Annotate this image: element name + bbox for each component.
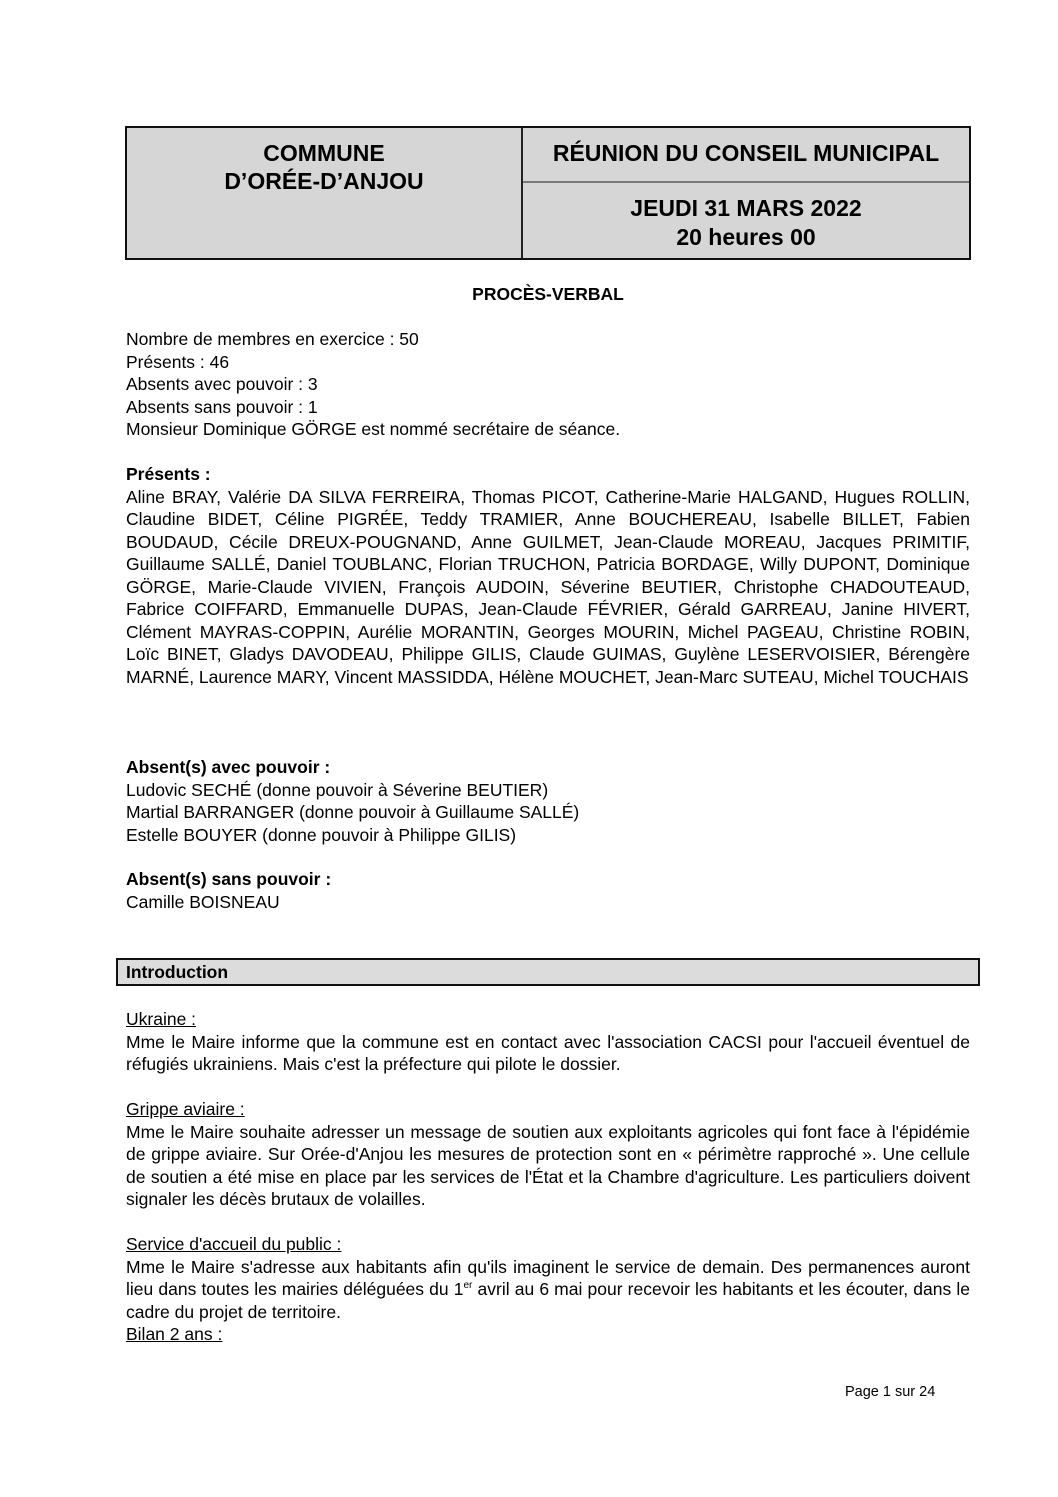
document-title: PROCÈS-VERBAL <box>0 284 1058 305</box>
meeting-date: JEUDI 31 MARS 2022 <box>523 194 969 223</box>
absent-item: Martial BARRANGER (donne pouvoir à Guill… <box>126 801 970 824</box>
section-heading-introduction: Introduction <box>116 958 980 986</box>
commune-cell: COMMUNE D’ORÉE-D’ANJOU <box>127 128 523 258</box>
stat-members: Nombre de membres en exercice : 50 <box>126 328 970 351</box>
absents-sans-block: Absent(s) sans pouvoir : Camille BOISNEA… <box>126 868 970 913</box>
secretary-statement: Monsieur Dominique GÖRGE est nommé secré… <box>126 418 970 441</box>
subsection-text: Mme le Maire informe que la commune est … <box>126 1031 970 1076</box>
subsection-heading: Ukraine : <box>126 1008 970 1031</box>
subsection-service-accueil: Service d'accueil du public : Mme le Mai… <box>126 1233 970 1323</box>
subsection-grippe-aviaire: Grippe aviaire : Mme le Maire souhaite a… <box>126 1098 970 1211</box>
stat-presents: Présents : 46 <box>126 351 970 374</box>
commune-line1: COMMUNE <box>127 139 521 167</box>
meeting-time: 20 heures 00 <box>523 223 969 252</box>
meeting-title: RÉUNION DU CONSEIL MUNICIPAL <box>523 128 969 183</box>
absents-avec-block: Absent(s) avec pouvoir : Ludovic SECHÉ (… <box>126 756 970 846</box>
absent-item: Ludovic SECHÉ (donne pouvoir à Séverine … <box>126 779 970 802</box>
presents-heading: Présents : <box>126 463 970 486</box>
header-table: COMMUNE D’ORÉE-D’ANJOU RÉUNION DU CONSEI… <box>125 126 971 260</box>
subsection-ukraine: Ukraine : Mme le Maire informe que la co… <box>126 1008 970 1076</box>
presents-list: Aline BRAY, Valérie DA SILVA FERREIRA, T… <box>126 486 970 689</box>
absents-sans-heading: Absent(s) sans pouvoir : <box>126 868 970 891</box>
stats-block: Nombre de membres en exercice : 50 Prése… <box>126 328 970 441</box>
subsection-text: Mme le Maire s'adresse aux habitants afi… <box>126 1256 970 1324</box>
absent-item: Camille BOISNEAU <box>126 891 970 914</box>
stat-absents-sans: Absents sans pouvoir : 1 <box>126 396 970 419</box>
subsection-heading: Bilan 2 ans : <box>126 1323 970 1346</box>
meeting-datetime: JEUDI 31 MARS 2022 20 heures 00 <box>523 183 969 258</box>
document-page: COMMUNE D’ORÉE-D’ANJOU RÉUNION DU CONSEI… <box>0 0 1058 1497</box>
subsection-heading: Grippe aviaire : <box>126 1098 970 1121</box>
commune-line2: D’ORÉE-D’ANJOU <box>127 167 521 195</box>
absents-avec-heading: Absent(s) avec pouvoir : <box>126 756 970 779</box>
subsection-bilan: Bilan 2 ans : <box>126 1323 970 1346</box>
absent-item: Estelle BOUYER (donne pouvoir à Philippe… <box>126 824 970 847</box>
presents-block: Présents : Aline BRAY, Valérie DA SILVA … <box>126 463 970 688</box>
subsection-text: Mme le Maire souhaite adresser un messag… <box>126 1121 970 1211</box>
subsection-heading: Service d'accueil du public : <box>126 1233 970 1256</box>
meeting-cell: RÉUNION DU CONSEIL MUNICIPAL JEUDI 31 MA… <box>523 128 969 258</box>
stat-absents-avec: Absents avec pouvoir : 3 <box>126 373 970 396</box>
page-number: Page 1 sur 24 <box>845 1384 935 1400</box>
